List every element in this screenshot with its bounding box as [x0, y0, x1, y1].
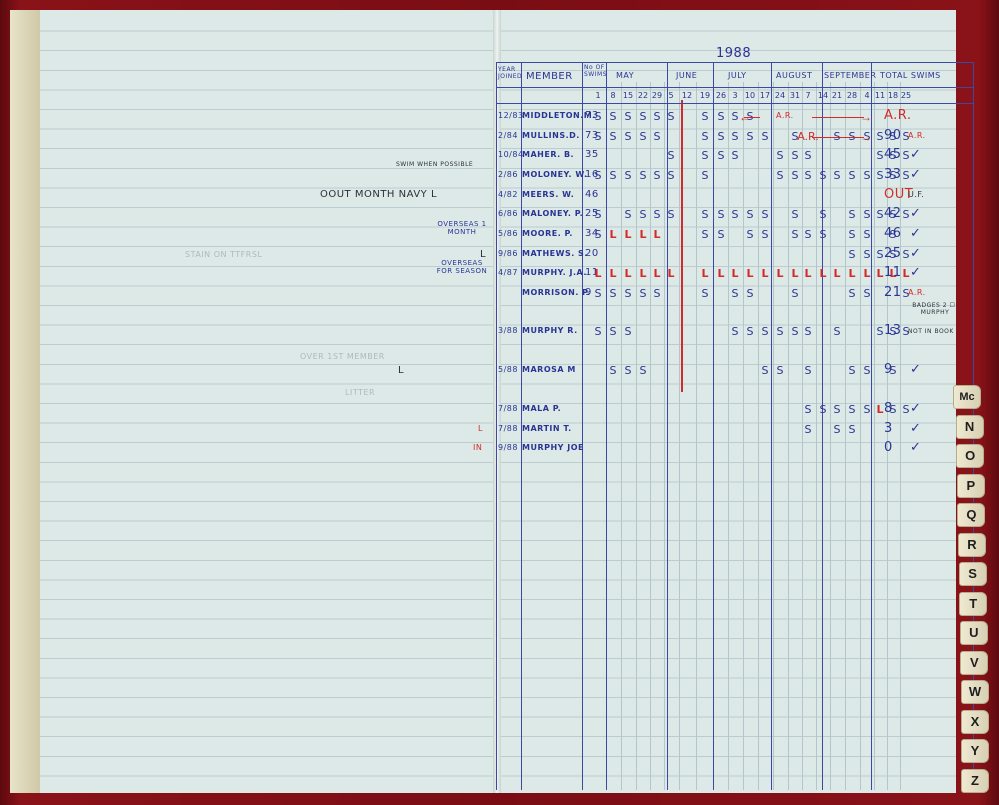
swim-mark: S	[702, 169, 709, 182]
swim-mark: S	[805, 325, 812, 338]
swim-mark: S	[762, 325, 769, 338]
date-label: 14	[818, 91, 828, 100]
member-name: MARTIN T.	[522, 424, 572, 433]
date-label: 15	[623, 91, 633, 100]
leave-mark: L	[731, 267, 738, 280]
swim-mark: S	[903, 208, 910, 221]
total-swims: 0	[884, 440, 893, 455]
margin-note: L	[478, 424, 483, 433]
arrowhead-icon: →	[860, 131, 872, 143]
swim-mark: S	[805, 169, 812, 182]
badges-note: BADGES 2 ☐. MURPHY	[905, 302, 965, 316]
member-name: MEERS. W.	[522, 190, 574, 199]
column-rule	[758, 82, 759, 790]
swim-mark: S	[864, 403, 871, 416]
swim-mark: S	[762, 228, 769, 241]
leave-mark: L	[653, 267, 660, 280]
column-rule	[802, 82, 803, 790]
date-label: 18	[888, 91, 898, 100]
member-name: MURPHY R.	[522, 326, 578, 335]
leave-mark: L	[876, 267, 883, 280]
date-label: 24	[775, 91, 785, 100]
total-swims: A.R.	[884, 108, 912, 123]
swim-mark: S	[777, 325, 784, 338]
year-joined: 5/88	[498, 365, 518, 374]
swim-mark: S	[864, 364, 871, 377]
total-swims: 11	[884, 265, 902, 280]
header-year-joined: YEAR JOINED	[498, 66, 520, 80]
swim-mark: S	[762, 364, 769, 377]
header-member: MEMBER	[526, 71, 573, 82]
header-rule	[496, 62, 974, 63]
margin-note: OOUT MONTH NAVY L	[320, 189, 437, 200]
swim-mark: S	[732, 208, 739, 221]
swim-mark: S	[625, 169, 632, 182]
date-label: 3	[732, 91, 737, 100]
swim-mark: S	[864, 248, 871, 261]
swim-mark: S	[762, 130, 769, 143]
swim-mark: S	[702, 228, 709, 241]
date-label: 7	[805, 91, 810, 100]
swim-mark: S	[792, 169, 799, 182]
check-icon: ✓	[910, 147, 921, 162]
index-tab-q[interactable]: Q	[957, 503, 985, 527]
swim-mark: S	[610, 169, 617, 182]
date-label: 17	[760, 91, 770, 100]
swim-mark: S	[864, 169, 871, 182]
swim-mark: S	[732, 110, 739, 123]
swim-mark: S	[702, 149, 709, 162]
swim-mark: S	[805, 364, 812, 377]
swim-mark: S	[877, 325, 884, 338]
leave-mark: L	[624, 267, 631, 280]
swim-mark: S	[849, 228, 856, 241]
margin-note: IN	[473, 443, 482, 452]
member-name: MULLINS.D.	[522, 131, 580, 140]
swim-mark: S	[792, 287, 799, 300]
header-month: AUGUST	[776, 71, 812, 80]
leave-mark: L	[746, 267, 753, 280]
swim-mark: S	[595, 169, 602, 182]
swim-mark: S	[864, 228, 871, 241]
swim-count: 20	[585, 248, 599, 259]
swim-mark: S	[625, 287, 632, 300]
swim-mark: S	[654, 169, 661, 182]
header-total-swims: TOTAL SWIMS	[880, 71, 941, 80]
header-rule	[496, 87, 974, 88]
swim-mark: S	[702, 287, 709, 300]
total-swims: 21	[884, 285, 902, 300]
year-joined: 9/88	[498, 443, 518, 452]
index-tab-n[interactable]: N	[956, 415, 984, 439]
swim-mark: S	[792, 325, 799, 338]
swim-mark: S	[864, 208, 871, 221]
member-name: MAHER. B.	[522, 150, 574, 159]
column-rule	[830, 82, 831, 790]
swim-count: 46	[585, 189, 599, 200]
index-tab-z[interactable]: Z	[961, 769, 989, 793]
swim-mark: S	[654, 287, 661, 300]
swim-mark: S	[903, 169, 910, 182]
leave-mark: L	[776, 267, 783, 280]
swim-mark: S	[834, 325, 841, 338]
left-page	[10, 10, 498, 793]
leave-mark: L	[863, 267, 870, 280]
total-swims: 3	[884, 421, 893, 436]
leave-mark: L	[717, 267, 724, 280]
arrowhead-icon: ←	[739, 111, 751, 123]
index-tab-x[interactable]: X	[961, 710, 989, 734]
year-joined: 7/88	[498, 404, 518, 413]
swim-mark: S	[668, 110, 675, 123]
year-joined: 9/86	[498, 249, 518, 258]
check-icon: ✓	[910, 362, 921, 377]
total-swims: 25	[884, 246, 902, 261]
swim-mark: S	[792, 149, 799, 162]
swim-mark: S	[732, 325, 739, 338]
leave-mark: L	[761, 267, 768, 280]
swim-mark: S	[849, 287, 856, 300]
swim-mark: S	[610, 325, 617, 338]
column-rule	[621, 82, 622, 790]
ghost-text: LITTER	[345, 388, 375, 397]
swim-mark: S	[668, 149, 675, 162]
check-icon: ✓	[910, 421, 921, 436]
swim-mark: S	[718, 149, 725, 162]
swim-mark: S	[668, 208, 675, 221]
leave-mark: L	[594, 267, 601, 280]
total-swims: 13	[884, 323, 902, 338]
column-divider	[871, 62, 872, 790]
check-icon: ✓	[910, 226, 921, 241]
swim-mark: S	[640, 364, 647, 377]
swim-mark: S	[834, 169, 841, 182]
swim-mark: S	[625, 208, 632, 221]
date-label: 5	[668, 91, 673, 100]
leave-mark: L	[653, 228, 660, 241]
member-name: MURPHY. J.A.	[522, 268, 587, 277]
swim-mark: S	[625, 110, 632, 123]
year-joined: 12/83	[498, 111, 524, 120]
leave-mark: L	[848, 267, 855, 280]
year-joined: 6/86	[498, 209, 518, 218]
swim-mark: S	[903, 149, 910, 162]
date-label: 31	[790, 91, 800, 100]
swim-mark: S	[654, 110, 661, 123]
date-label: 11	[875, 91, 885, 100]
leave-mark: L	[667, 267, 674, 280]
swim-mark: S	[805, 228, 812, 241]
swim-mark: S	[702, 130, 709, 143]
swim-mark: S	[747, 228, 754, 241]
swim-mark: S	[732, 149, 739, 162]
year-joined: 10/84	[498, 150, 524, 159]
date-label: 26	[716, 91, 726, 100]
swim-mark: S	[718, 208, 725, 221]
year-joined: 4/87	[498, 268, 518, 277]
column-rule	[788, 82, 789, 790]
swim-mark: S	[640, 130, 647, 143]
date-label: 22	[638, 91, 648, 100]
member-name: MURPHY JOE	[522, 443, 584, 452]
swim-mark: S	[747, 325, 754, 338]
total-swims: 8	[884, 401, 893, 416]
swim-mark: S	[718, 228, 725, 241]
swim-mark: S	[805, 423, 812, 436]
swim-mark: S	[732, 130, 739, 143]
swim-mark: S	[762, 208, 769, 221]
swim-mark: S	[877, 130, 884, 143]
check-icon: ✓	[910, 206, 921, 221]
book-gutter	[493, 10, 501, 793]
index-tab-t[interactable]: T	[959, 592, 987, 616]
index-tab-u[interactable]: U	[960, 621, 988, 645]
date-label: 1	[595, 91, 600, 100]
swim-mark: S	[792, 208, 799, 221]
swim-mark: S	[792, 228, 799, 241]
swim-mark: S	[595, 228, 602, 241]
date-label: 29	[652, 91, 662, 100]
date-label: 21	[832, 91, 842, 100]
total-swims: 9	[884, 362, 893, 377]
red-marker-line	[681, 100, 683, 392]
swim-mark: S	[849, 169, 856, 182]
leave-mark: L	[701, 267, 708, 280]
swim-mark: S	[877, 248, 884, 261]
arrow-right	[812, 117, 864, 118]
total-swims: 45	[884, 147, 902, 162]
ghost-text: STAIN ON TTFRSL	[185, 250, 262, 259]
swim-mark: S	[640, 208, 647, 221]
index-tab-v[interactable]: V	[960, 651, 988, 675]
swim-mark: S	[777, 169, 784, 182]
date-label: 10	[745, 91, 755, 100]
date-label: 8	[610, 91, 615, 100]
swim-mark: S	[625, 130, 632, 143]
column-rule	[664, 82, 665, 790]
column-rule	[874, 82, 875, 790]
swim-mark: S	[595, 287, 602, 300]
leave-mark: L	[833, 267, 840, 280]
date-label: 4	[864, 91, 869, 100]
swim-mark: S	[718, 130, 725, 143]
margin-note: OVERSEAS 1 MONTH	[432, 220, 492, 236]
swim-mark: S	[849, 208, 856, 221]
leave-mark: L	[791, 267, 798, 280]
margin-note: OVERSEAS FOR SEASON	[432, 259, 492, 275]
member-name: MOLONEY. W.	[522, 170, 588, 179]
swim-mark: S	[610, 110, 617, 123]
swim-mark: S	[640, 287, 647, 300]
year-joined: 4/82	[498, 190, 518, 199]
swim-mark: S	[732, 287, 739, 300]
column-rule	[816, 82, 817, 790]
total-swims: 33	[884, 167, 902, 182]
total-note: A.R.	[908, 131, 926, 140]
arrowhead-icon: →	[860, 111, 872, 123]
ar-note: A.R.	[776, 111, 794, 120]
index-tab-s[interactable]: S	[959, 562, 987, 586]
header-month: SEPTEMBER	[824, 71, 876, 80]
swim-mark: S	[654, 130, 661, 143]
member-name: MOORE. P.	[522, 229, 573, 238]
total-swims: 46	[884, 226, 902, 241]
index-tab-o[interactable]: O	[956, 444, 984, 468]
total-swims: 42	[884, 206, 902, 221]
margin-note: L	[398, 365, 404, 376]
total-note: NOT IN BOOK	[908, 328, 954, 335]
leave-mark: L	[804, 267, 811, 280]
check-icon: ✓	[910, 246, 921, 261]
swim-mark: S	[610, 130, 617, 143]
swim-mark: S	[702, 110, 709, 123]
index-tab-p[interactable]: P	[957, 474, 985, 498]
leave-mark: L	[609, 228, 616, 241]
check-icon: ✓	[910, 265, 921, 280]
index-tab-r[interactable]: R	[958, 533, 986, 557]
header-rule	[496, 103, 974, 104]
swim-mark: S	[805, 403, 812, 416]
swim-mark: S	[849, 248, 856, 261]
member-name: MALONEY. P.	[522, 209, 583, 218]
swim-mark: S	[595, 110, 602, 123]
swim-mark: S	[625, 325, 632, 338]
swim-mark: S	[747, 208, 754, 221]
swim-mark: S	[702, 208, 709, 221]
total-note: U.F.	[908, 190, 924, 199]
index-tab-w[interactable]: W	[961, 680, 989, 704]
leave-mark: L	[639, 267, 646, 280]
swim-mark: S	[777, 149, 784, 162]
swim-mark: S	[747, 130, 754, 143]
swim-mark: S	[777, 364, 784, 377]
total-note: A.R.	[908, 288, 926, 297]
swim-mark: S	[610, 287, 617, 300]
swim-mark: S	[834, 403, 841, 416]
column-divider	[713, 62, 714, 790]
member-name: MATHEWS. S.	[522, 249, 588, 258]
swim-mark: S	[747, 287, 754, 300]
swim-mark: S	[903, 248, 910, 261]
column-rule	[845, 82, 846, 790]
swim-mark: S	[668, 169, 675, 182]
swim-mark: S	[640, 169, 647, 182]
strikethrough-arrow	[812, 137, 864, 138]
page-edge	[10, 10, 40, 793]
column-rule	[696, 82, 697, 790]
year-joined: 5/86	[498, 229, 518, 238]
leave-mark: L	[876, 403, 883, 416]
swim-mark: S	[718, 110, 725, 123]
margin-note: SWIM WHEN POSSIBLE	[396, 161, 473, 168]
swim-mark: S	[877, 208, 884, 221]
column-rule	[679, 82, 680, 790]
column-divider	[771, 62, 772, 790]
column-rule	[773, 82, 774, 790]
index-tab-mc[interactable]: Mc	[953, 385, 981, 409]
index-tab-y[interactable]: Y	[961, 739, 989, 763]
year-joined: 2/84	[498, 131, 518, 140]
swim-mark: S	[820, 169, 827, 182]
header-no-of-swims: No OF SWIMS	[584, 64, 606, 78]
date-label: 19	[700, 91, 710, 100]
swim-mark: S	[625, 364, 632, 377]
column-rule	[743, 82, 744, 790]
date-label: 25	[901, 91, 911, 100]
header-month: MAY	[616, 71, 634, 80]
leave-mark: L	[624, 228, 631, 241]
column-divider	[496, 62, 497, 790]
swim-mark: S	[595, 325, 602, 338]
swim-mark: S	[805, 149, 812, 162]
member-name: MAROSA M	[522, 365, 576, 374]
ghost-text: OVER 1ST MEMBER	[300, 352, 385, 361]
swim-mark: S	[654, 208, 661, 221]
date-label: 12	[682, 91, 692, 100]
column-rule	[860, 82, 861, 790]
check-icon: ✓	[910, 440, 921, 455]
swim-mark: S	[820, 403, 827, 416]
column-rule	[728, 82, 729, 790]
check-icon: ✓	[910, 401, 921, 416]
swim-mark: S	[864, 287, 871, 300]
leave-mark: L	[819, 267, 826, 280]
date-label: 28	[847, 91, 857, 100]
swim-mark: S	[903, 403, 910, 416]
swim-count: 9	[585, 287, 592, 298]
member-name: MALA P.	[522, 404, 561, 413]
swim-mark: S	[849, 423, 856, 436]
check-icon: ✓	[910, 167, 921, 182]
year-heading: 1988	[716, 46, 751, 61]
year-joined: 7/88	[498, 424, 518, 433]
alphabet-index-tabs: McNOPQRSTUVWXYZ	[955, 385, 985, 797]
swim-mark: S	[640, 110, 647, 123]
column-divider	[606, 62, 607, 790]
leave-mark: L	[639, 228, 646, 241]
member-name: MORRISON. P.	[522, 288, 591, 297]
swim-mark: S	[849, 403, 856, 416]
column-rule	[636, 82, 637, 790]
header-month: JUNE	[676, 71, 697, 80]
year-joined: 3/88	[498, 326, 518, 335]
year-joined: 2/86	[498, 170, 518, 179]
swim-mark: S	[595, 130, 602, 143]
ruled-lines	[40, 10, 498, 793]
column-rule	[650, 82, 651, 790]
swim-mark: S	[820, 208, 827, 221]
swim-count: 35	[585, 149, 599, 160]
swim-mark: S	[834, 423, 841, 436]
swim-mark: S	[820, 228, 827, 241]
swim-mark: S	[877, 169, 884, 182]
swim-mark: S	[849, 364, 856, 377]
swim-mark: S	[610, 364, 617, 377]
leave-mark: L	[902, 267, 909, 280]
leave-mark: L	[609, 267, 616, 280]
total-swims: 90	[884, 128, 902, 143]
header-month: JULY	[728, 71, 747, 80]
swim-mark: S	[877, 149, 884, 162]
swim-mark: S	[595, 208, 602, 221]
